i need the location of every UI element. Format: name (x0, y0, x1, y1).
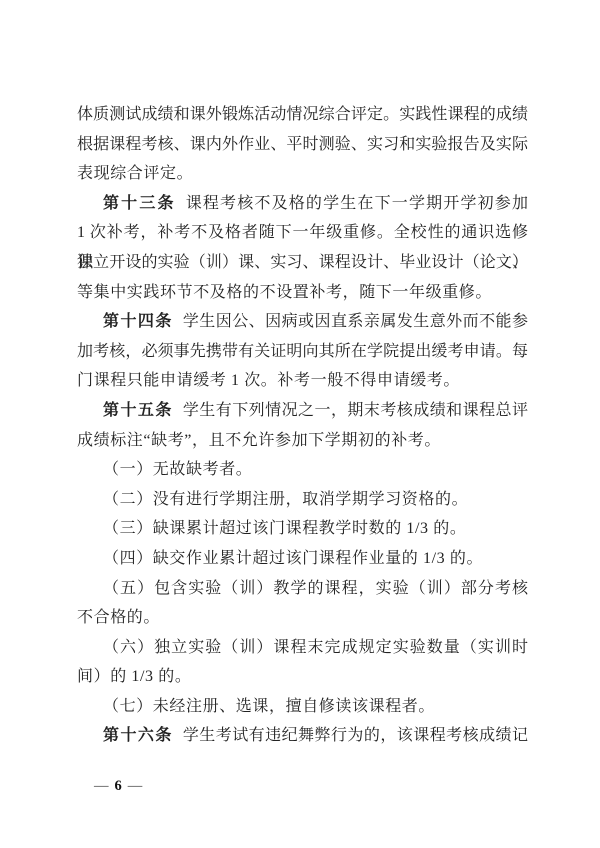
footer-left-dash: — (94, 778, 109, 794)
line-text: 学生考试有违纪舞弊行为的，该课程考核成绩记 (183, 727, 528, 744)
text-line: 不合格的。 (77, 603, 528, 633)
line-text: 课程考核不及格的学生在下一学期开学初参加 (186, 195, 528, 212)
text-line: 等集中实践环节不及格的不设置补考，随下一年级重修。 (77, 278, 528, 308)
article-number: 第十四条 (103, 313, 173, 330)
article-number: 第十三条 (103, 195, 176, 212)
footer-right-dash: — (128, 778, 143, 794)
text-line: （六）独立实验（训）课程末完成规定实验数量（实训时 (77, 633, 528, 663)
text-line: 第十四条学生因公、因病或因直系亲属发生意外而不能参 (77, 307, 528, 337)
text-line: 成绩标注“缺考”，且不允许参加下学期初的补考。 (77, 426, 528, 456)
page-number: 6 (115, 778, 122, 794)
article-number: 第十五条 (103, 402, 173, 419)
article-number: 第十六条 (103, 727, 173, 744)
line-text: 学生有下列情况之一，期末考核成绩和课程总评 (183, 402, 528, 419)
text-line: 体质测试成绩和课外锻炼活动情况综合评定。实践性课程的成绩 (77, 100, 528, 130)
text-line: 加考核，必须事先携带有关证明向其所在学院提出缓考申请。每 (77, 337, 528, 367)
text-line: （二）没有进行学期注册，取消学期学习资格的。 (77, 485, 528, 515)
text-line: 门课程只能申请缓考 1 次。补考一般不得申请缓考。 (77, 366, 528, 396)
text-line: 表现综合评定。 (77, 159, 528, 189)
text-line: 第十六条学生考试有违纪舞弊行为的，该课程考核成绩记 (77, 721, 528, 751)
text-line: 1 次补考，补考不及格者随下一年级重修。全校性的通识选修课、 (77, 218, 528, 248)
document-body: 体质测试成绩和课外锻炼活动情况综合评定。实践性课程的成绩根据课程考核、课内外作业… (77, 100, 528, 751)
text-line: 第十五条学生有下列情况之一，期末考核成绩和课程总评 (77, 396, 528, 426)
line-text: 学生因公、因病或因直系亲属发生意外而不能参 (183, 313, 528, 330)
text-line: （七）未经注册、选课，擅自修读该课程者。 (77, 692, 528, 722)
document-page: 体质测试成绩和课外锻炼活动情况综合评定。实践性课程的成绩根据课程考核、课内外作业… (0, 0, 600, 848)
text-line: 第十三条课程考核不及格的学生在下一学期开学初参加 (77, 189, 528, 219)
text-line: （三）缺课累计超过该门课程教学时数的 1/3 的。 (77, 514, 528, 544)
text-line: （一）无故缺考者。 (77, 455, 528, 485)
text-line: 间）的 1/3 的。 (77, 662, 528, 692)
text-line: 独立开设的实验（训）课、实习、课程设计、毕业设计（论文） (77, 248, 528, 278)
text-line: 根据课程考核、课内外作业、平时测验、实习和实验报告及实际 (77, 130, 528, 160)
text-line: （四）缺交作业累计超过该门课程作业量的 1/3 的。 (77, 544, 528, 574)
page-footer: —6— (94, 776, 142, 796)
text-line: （五）包含实验（训）教学的课程，实验（训）部分考核 (77, 574, 528, 604)
